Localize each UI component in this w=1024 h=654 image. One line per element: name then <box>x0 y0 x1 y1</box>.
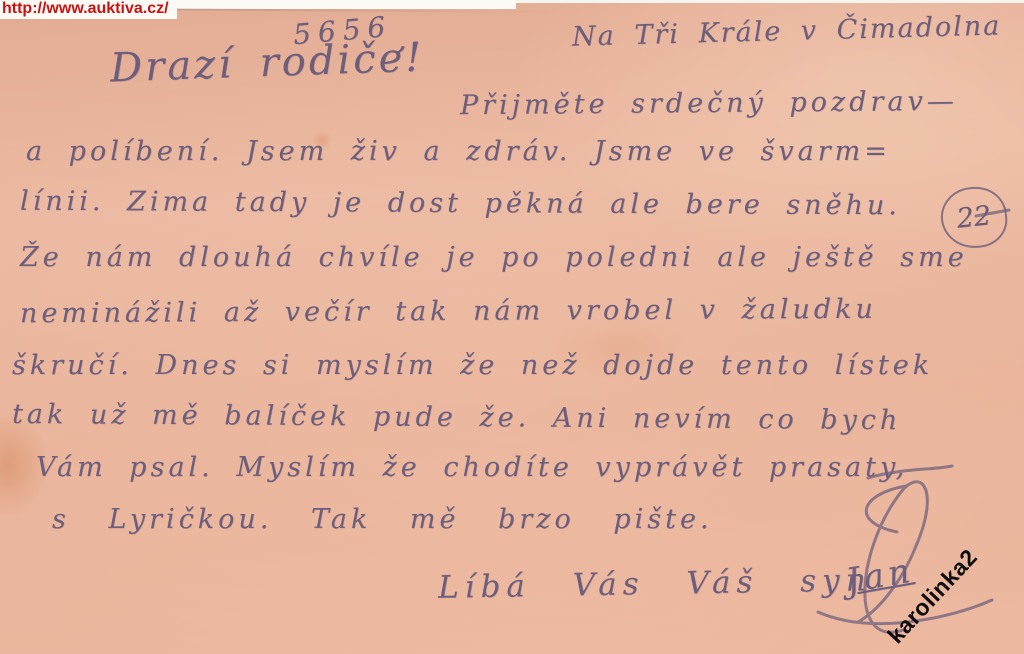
handwritten-line: línii. Zima tady je dost pěkná ale bere … <box>20 186 901 222</box>
dateline: Na Tři Krále v Čimadolna <box>572 10 1002 52</box>
handwritten-line: a políbení. Jsem živ a zdráv. Jsme ve šv… <box>26 136 891 167</box>
signature: Jan <box>843 550 917 601</box>
handwritten-line: škručí. Dnes si myslím že než dojde tent… <box>12 350 933 381</box>
page-number: 22 <box>955 200 992 234</box>
salutation: Drazí rodiče! <box>109 35 425 92</box>
handwritten-line: neminážili až večír tak nám vrobel v žal… <box>20 294 877 329</box>
handwritten-line: Přijměte srdečný pozdrav— <box>460 86 958 121</box>
postcard-scan: http://www.auktiva.cz/ 5656 , Na Tři Krá… <box>0 0 1024 654</box>
closing-line: Líbá Vás Váš syn <box>438 562 872 606</box>
handwritten-line: s Lyričkou. Tak mě brzo pište. <box>52 504 713 535</box>
auktiva-url-watermark: http://www.auktiva.cz/ <box>0 0 177 19</box>
handwritten-line: Vám psal. Myslím že chodíte vyprávět pra… <box>36 452 908 483</box>
handwritten-line: tak už mě balíček pude že. Ani nevím co … <box>12 399 902 436</box>
handwritten-line: Že nám dlouhá chvíle je po poledni ale j… <box>20 242 968 273</box>
